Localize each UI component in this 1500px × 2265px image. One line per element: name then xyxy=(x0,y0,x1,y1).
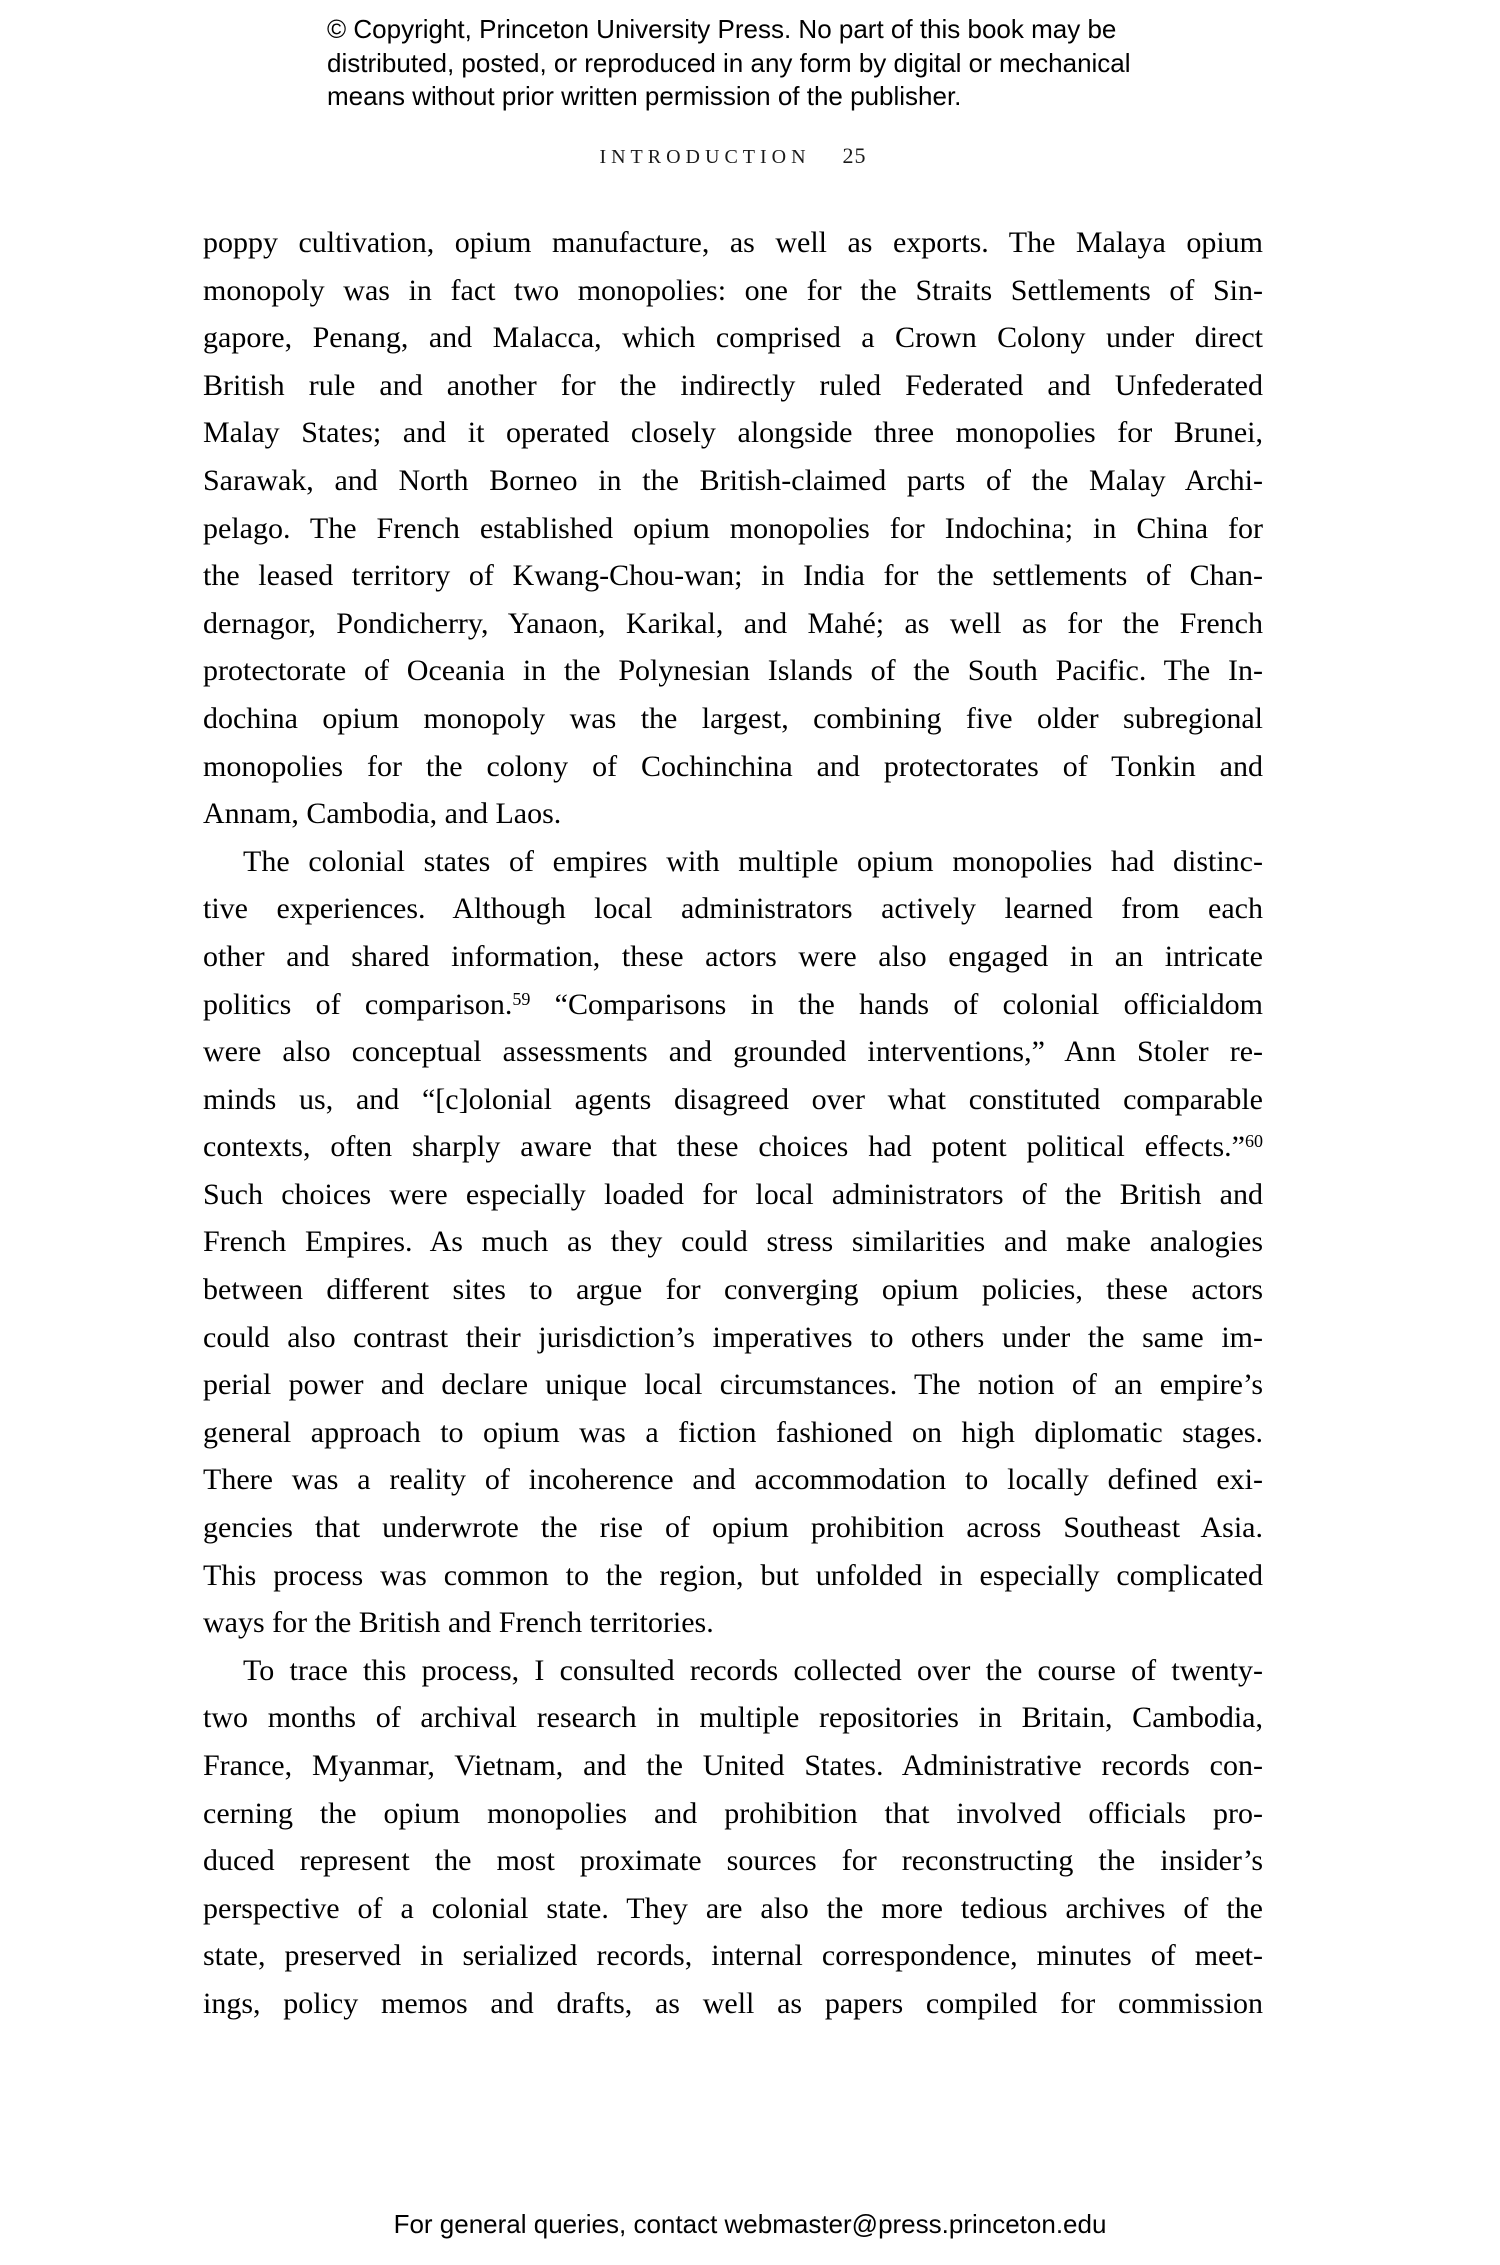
text-line: ings, policy memos and drafts, as well a… xyxy=(203,1980,1263,2028)
text-line: the leased territory of Kwang-Chou-wan; … xyxy=(203,552,1263,600)
text-line: state, preserved in serialized records, … xyxy=(203,1932,1263,1980)
text-line: Sarawak, and North Borneo in the British… xyxy=(203,457,1263,505)
text-line: ways for the British and French territor… xyxy=(203,1599,1263,1647)
paragraph: The colonial states of empires with mult… xyxy=(203,838,1263,1647)
text-line: pelago. The French established opium mon… xyxy=(203,505,1263,553)
text-line: tive experiences. Although local adminis… xyxy=(203,885,1263,933)
text-line: dernagor, Pondicherry, Yanaon, Karikal, … xyxy=(203,600,1263,648)
copyright-notice: © Copyright, Princeton University Press.… xyxy=(327,13,1131,114)
book-page: © Copyright, Princeton University Press.… xyxy=(0,0,1500,2265)
text-line: cerning the opium monopolies and prohibi… xyxy=(203,1790,1263,1838)
running-head: INTRODUCTION25 xyxy=(203,143,1263,169)
text-line: perspective of a colonial state. They ar… xyxy=(203,1885,1263,1933)
text-line: Annam, Cambodia, and Laos. xyxy=(203,790,1263,838)
paragraph: To trace this process, I consulted recor… xyxy=(203,1647,1263,2028)
copyright-line: © Copyright, Princeton University Press.… xyxy=(327,13,1131,47)
text-line: two months of archival research in multi… xyxy=(203,1694,1263,1742)
text-line: other and shared information, these acto… xyxy=(203,933,1263,981)
text-line: gencies that underwrote the rise of opiu… xyxy=(203,1504,1263,1552)
copyright-line: means without prior written permission o… xyxy=(327,80,1131,114)
text-line: perial power and declare unique local ci… xyxy=(203,1361,1263,1409)
text-line: could also contrast their jurisdiction’s… xyxy=(203,1314,1263,1362)
text-line: To trace this process, I consulted recor… xyxy=(203,1647,1263,1695)
text-line: duced represent the most proximate sourc… xyxy=(203,1837,1263,1885)
text-line: France, Myanmar, Vietnam, and the United… xyxy=(203,1742,1263,1790)
footer-query-note: For general queries, contact webmaster@p… xyxy=(0,2209,1500,2240)
copyright-line: distributed, posted, or reproduced in an… xyxy=(327,47,1131,81)
running-head-title: INTRODUCTION xyxy=(599,146,810,168)
paragraph: poppy cultivation, opium manufacture, as… xyxy=(203,219,1263,838)
text-line: British rule and another for the indirec… xyxy=(203,362,1263,410)
text-line: There was a reality of incoherence and a… xyxy=(203,1456,1263,1504)
text-line: monopolies for the colony of Cochinchina… xyxy=(203,743,1263,791)
text-line: between different sites to argue for con… xyxy=(203,1266,1263,1314)
text-line: Such choices were especially loaded for … xyxy=(203,1171,1263,1219)
footnote-ref: 59 xyxy=(512,989,530,1009)
page-number: 25 xyxy=(843,143,867,168)
text-line: protectorate of Oceania in the Polynesia… xyxy=(203,647,1263,695)
text-line: The colonial states of empires with mult… xyxy=(203,838,1263,886)
text-line: general approach to opium was a fiction … xyxy=(203,1409,1263,1457)
text-line: were also conceptual assessments and gro… xyxy=(203,1028,1263,1076)
text-line: monopoly was in fact two monopolies: one… xyxy=(203,267,1263,315)
text-line: dochina opium monopoly was the largest, … xyxy=(203,695,1263,743)
text-line: Malay States; and it operated closely al… xyxy=(203,409,1263,457)
body-text: poppy cultivation, opium manufacture, as… xyxy=(203,219,1263,2028)
text-line: This process was common to the region, b… xyxy=(203,1552,1263,1600)
text-line: contexts, often sharply aware that these… xyxy=(203,1123,1263,1171)
text-line: politics of comparison.59 “Comparisons i… xyxy=(203,981,1263,1029)
text-line: minds us, and “[c]olonial agents disagre… xyxy=(203,1076,1263,1124)
text-line: French Empires. As much as they could st… xyxy=(203,1218,1263,1266)
footnote-ref: 60 xyxy=(1245,1131,1263,1151)
text-line: poppy cultivation, opium manufacture, as… xyxy=(203,219,1263,267)
text-line: gapore, Penang, and Malacca, which compr… xyxy=(203,314,1263,362)
